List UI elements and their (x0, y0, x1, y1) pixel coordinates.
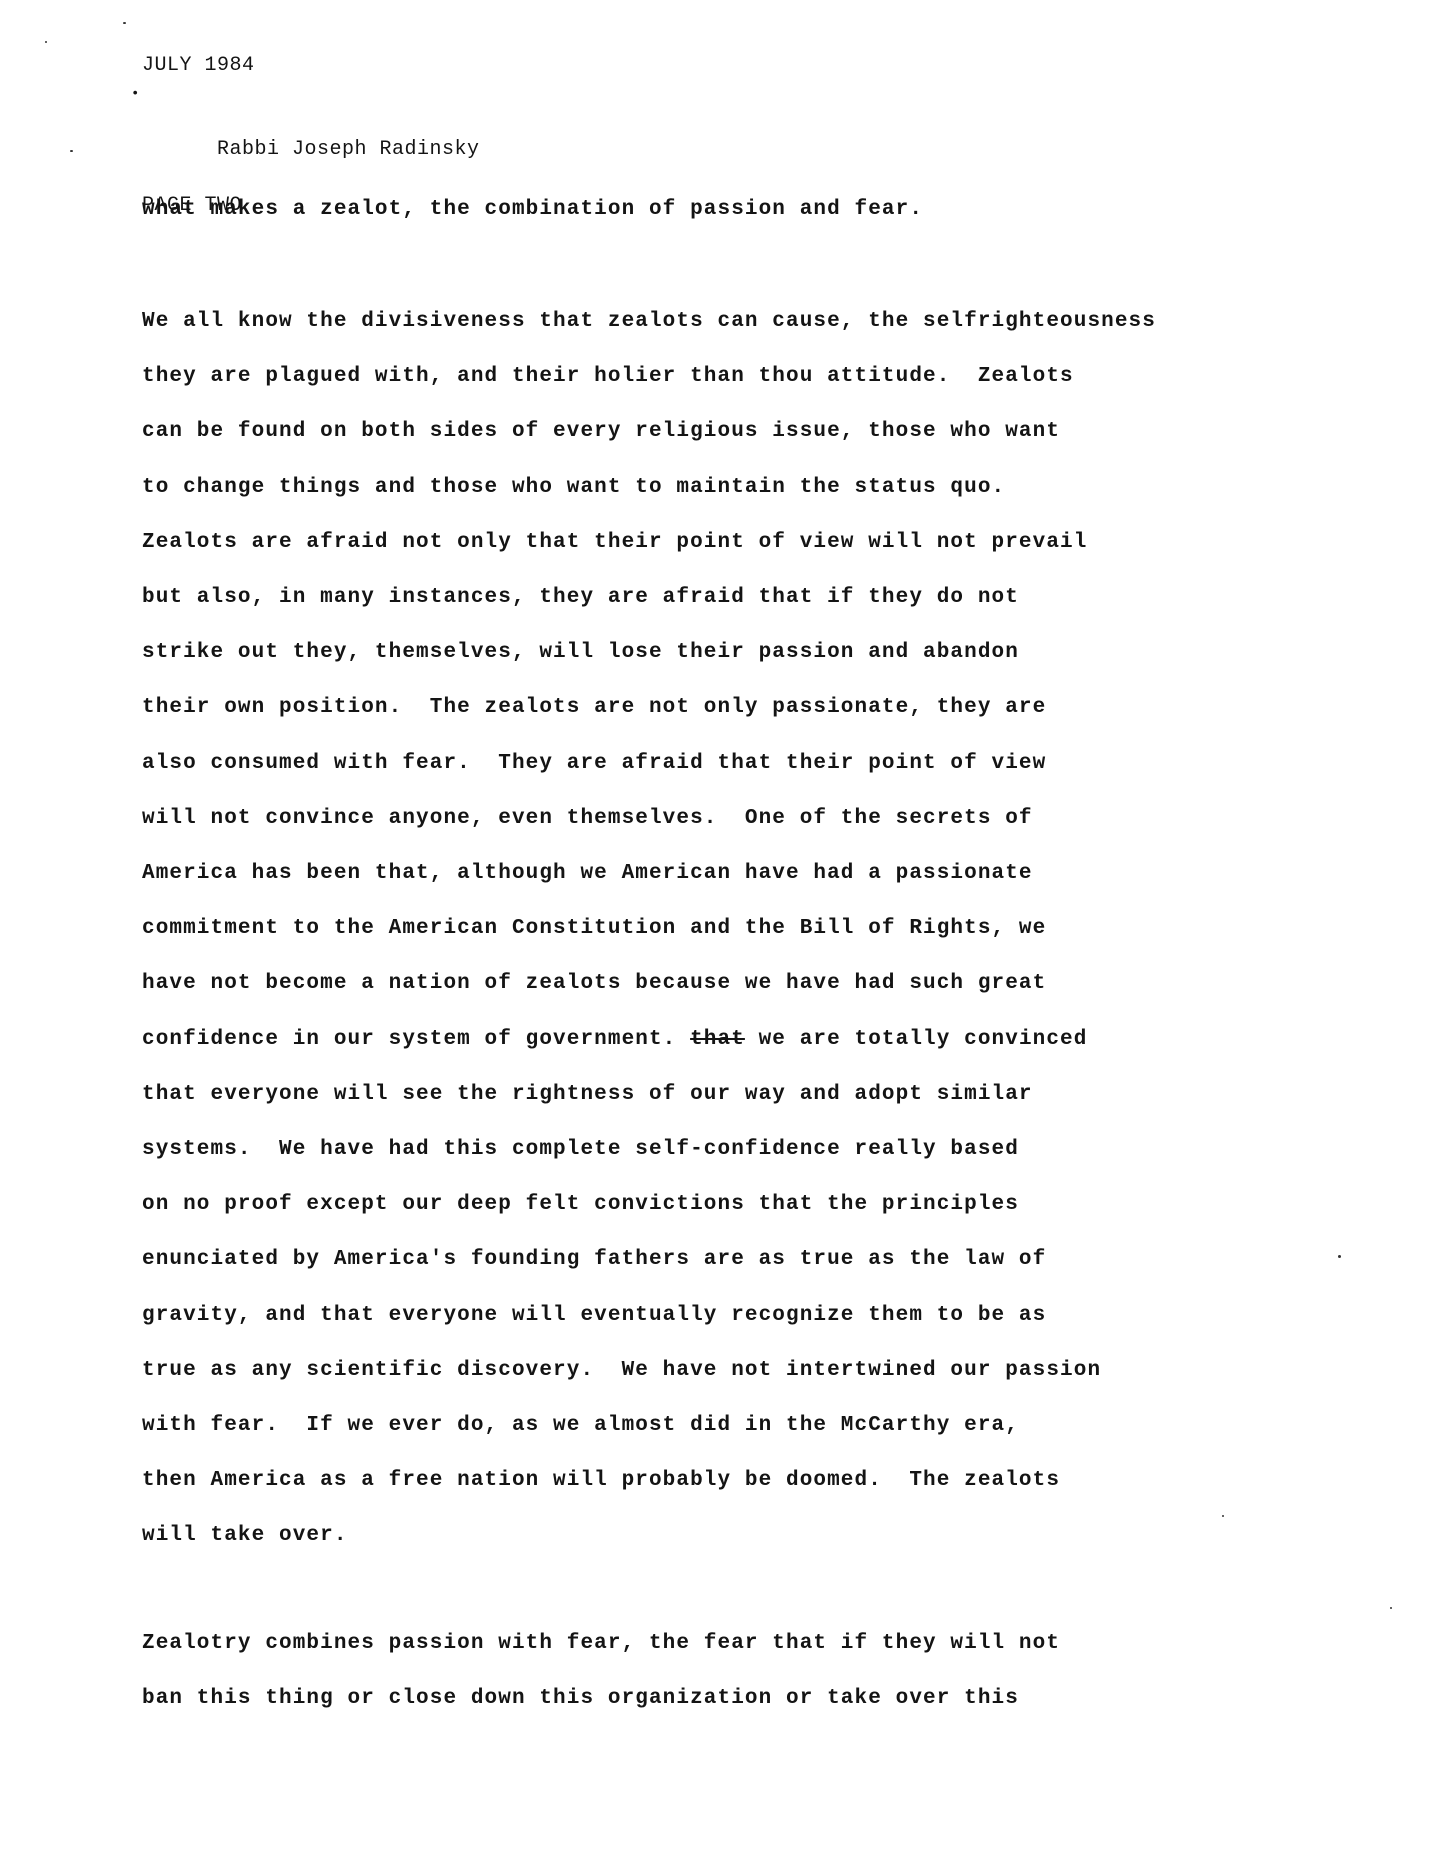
scan-speck (1338, 1255, 1341, 1258)
text-line: with fear. If we ever do, as we almost d… (142, 1414, 1019, 1437)
text-line: true as any scientific discovery. We hav… (142, 1359, 1101, 1382)
text-line: then America as a free nation will proba… (142, 1469, 1060, 1492)
text-line: what makes a zealot, the combination of … (142, 198, 923, 221)
text-line: that everyone will see the rightness of … (142, 1083, 1033, 1106)
text-line: systems. We have had this complete self-… (142, 1138, 1019, 1161)
bullet-mark-icon: • (131, 80, 140, 108)
text-line: have not become a nation of zealots beca… (142, 972, 1046, 995)
text-line: ban this thing or close down this organi… (142, 1687, 1019, 1710)
text-line: their own position. The zealots are not … (142, 696, 1046, 719)
scan-speck (45, 41, 47, 43)
scan-speck (123, 22, 126, 24)
scan-speck (1222, 1515, 1224, 1517)
text-fragment: confidence in our system of government. (142, 1028, 690, 1051)
text-line: to change things and those who want to m… (142, 476, 1005, 499)
text-line: commitment to the American Constitution … (142, 917, 1046, 940)
scan-speck (70, 150, 73, 152)
text-fragment: we are totally convinced (745, 1028, 1088, 1051)
text-line: they are plagued with, and their holier … (142, 365, 1074, 388)
text-line: will take over. (142, 1524, 348, 1547)
text-line: enunciated by America's founding fathers… (142, 1248, 1046, 1271)
text-line: Zealotry combines passion with fear, the… (142, 1632, 1060, 1655)
document-page: JULY 1984 • Rabbi Joseph Radinsky PAGE T… (0, 0, 1430, 1851)
text-line: can be found on both sides of every reli… (142, 420, 1060, 443)
text-line: but also, in many instances, they are af… (142, 586, 1019, 609)
text-line: America has been that, although we Ameri… (142, 862, 1033, 885)
text-line: gravity, and that everyone will eventual… (142, 1304, 1046, 1327)
text-line: We all know the divisiveness that zealot… (142, 310, 1156, 333)
text-line: will not convince anyone, even themselve… (142, 807, 1033, 830)
scan-speck (1390, 1607, 1392, 1609)
struck-word: that (690, 1028, 745, 1051)
header-author: Rabbi Joseph Radinsky (217, 138, 480, 161)
text-line: confidence in our system of government. … (142, 1028, 1087, 1051)
page-header: JULY 1984 • Rabbi Joseph Radinsky PAGE T… (142, 52, 480, 220)
text-line: Zealots are afraid not only that their p… (142, 531, 1087, 554)
text-line: also consumed with fear. They are afraid… (142, 752, 1046, 775)
text-line: on no proof except our deep felt convict… (142, 1193, 1019, 1216)
header-date: JULY 1984 (142, 52, 480, 80)
text-line: strike out they, themselves, will lose t… (142, 641, 1019, 664)
